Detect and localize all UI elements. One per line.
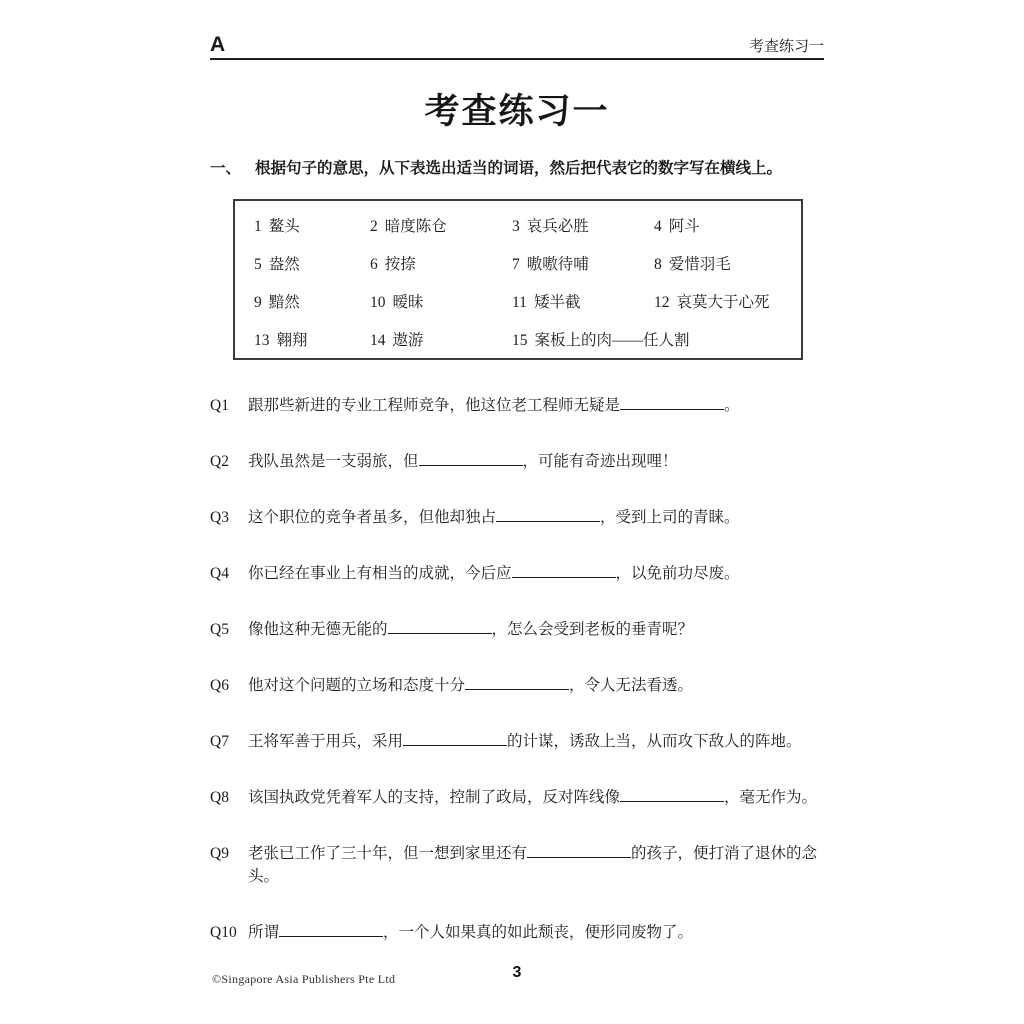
answer-blank bbox=[388, 621, 492, 634]
word-item: 12哀莫大于心死 bbox=[654, 290, 801, 312]
page-title: 考查练习一 bbox=[210, 84, 824, 134]
word-number: 7 bbox=[512, 256, 520, 274]
question-text-post: ，令人无法看透。 bbox=[569, 677, 693, 694]
question-row: Q4 你已经在事业上有相当的成就，今后应，以免前功尽废。 bbox=[210, 562, 850, 585]
word-text: 案板上的肉——任人割 bbox=[535, 332, 690, 349]
question-label: Q8 bbox=[210, 786, 248, 809]
question-label: Q5 bbox=[210, 618, 248, 641]
word-item: 7嗷嗷待哺 bbox=[512, 252, 654, 274]
word-number: 6 bbox=[370, 256, 378, 274]
question-label: Q3 bbox=[210, 506, 248, 529]
question-text-pre: 所谓 bbox=[248, 924, 279, 941]
page-number: 3 bbox=[210, 964, 824, 982]
question-text: 他对这个问题的立场和态度十分，令人无法看透。 bbox=[248, 674, 848, 697]
answer-blank bbox=[403, 733, 507, 746]
word-text: 哀莫大于心死 bbox=[677, 294, 770, 311]
word-number: 5 bbox=[254, 256, 262, 274]
question-text-pre: 他对这个问题的立场和态度十分 bbox=[248, 677, 465, 694]
instruction-text: 根据句子的意思，从下表选出适当的词语，然后把代表它的数字写在横线上。 bbox=[255, 156, 782, 178]
question-text: 我队虽然是一支弱旅，但，可能有奇迹出现哩！ bbox=[248, 450, 848, 473]
word-item: 6按捺 bbox=[370, 252, 512, 274]
question-text-post: ，以免前功尽废。 bbox=[616, 565, 740, 582]
page-header: A 考查练习一 bbox=[210, 30, 824, 60]
word-text: 哀兵必胜 bbox=[527, 218, 589, 235]
word-item: 4阿斗 bbox=[654, 214, 801, 236]
question-text-post: ，受到上司的青睐。 bbox=[600, 509, 740, 526]
word-text: 阿斗 bbox=[669, 218, 700, 235]
word-item: 10暧昧 bbox=[370, 290, 512, 312]
question-row: Q5 像他这种无德无能的，怎么会受到老板的垂青呢？ bbox=[210, 618, 850, 641]
word-number: 1 bbox=[254, 218, 262, 236]
answer-blank bbox=[620, 789, 724, 802]
word-number: 15 bbox=[512, 332, 528, 350]
word-number: 2 bbox=[370, 218, 378, 236]
question-text: 跟那些新进的专业工程师竞争，他这位老工程师无疑是。 bbox=[248, 394, 848, 417]
answer-blank bbox=[512, 565, 616, 578]
question-text-post: 。 bbox=[724, 397, 740, 414]
question-text: 这个职位的竞争者虽多，但他却独占，受到上司的青睐。 bbox=[248, 506, 848, 529]
answer-blank bbox=[527, 845, 631, 858]
question-text: 该国执政党凭着军人的支持，控制了政局，反对阵线像，毫无作为。 bbox=[248, 786, 848, 809]
word-text: 黯然 bbox=[269, 294, 300, 311]
word-item: 2暗度陈仓 bbox=[370, 214, 512, 236]
question-text-pre: 该国执政党凭着军人的支持，控制了政局，反对阵线像 bbox=[248, 789, 620, 806]
question-text-post: ，一个人如果真的如此颓丧，便形同废物了。 bbox=[383, 924, 693, 941]
word-text: 鳌头 bbox=[269, 218, 300, 235]
instruction-number: 一、 bbox=[210, 156, 241, 178]
question-text-pre: 跟那些新进的专业工程师竞争，他这位老工程师无疑是 bbox=[248, 397, 620, 414]
question-text-pre: 我队虽然是一支弱旅，但 bbox=[248, 453, 419, 470]
answer-blank bbox=[419, 453, 523, 466]
question-label: Q10 bbox=[210, 921, 248, 944]
answer-blank bbox=[620, 397, 724, 410]
word-text: 嗷嗷待哺 bbox=[527, 256, 589, 273]
word-text: 遨游 bbox=[393, 332, 424, 349]
question-label: Q9 bbox=[210, 842, 248, 888]
question-text: 像他这种无德无能的，怎么会受到老板的垂青呢？ bbox=[248, 618, 848, 641]
question-row: Q9 老张已工作了三十年，但一想到家里还有的孩子，便打消了退休的念头。 bbox=[210, 842, 850, 888]
answer-blank bbox=[496, 509, 600, 522]
word-item: 13翱翔 bbox=[254, 328, 370, 350]
word-bank: 1鳌头 2暗度陈仓 3哀兵必胜 4阿斗 5盎然 6按捺 7嗷嗷待哺 8爱惜羽毛 … bbox=[233, 199, 803, 360]
word-number: 3 bbox=[512, 218, 520, 236]
question-text-pre: 你已经在事业上有相当的成就，今后应 bbox=[248, 565, 512, 582]
word-text: 爱惜羽毛 bbox=[669, 256, 731, 273]
answer-blank bbox=[279, 924, 383, 937]
word-number: 14 bbox=[370, 332, 386, 350]
question-text-post: ，毫无作为。 bbox=[724, 789, 817, 806]
question-text-post: ，可能有奇迹出现哩！ bbox=[523, 453, 678, 470]
question-label: Q1 bbox=[210, 394, 248, 417]
question-text-pre: 王将军善于用兵，采用 bbox=[248, 733, 403, 750]
word-number: 11 bbox=[512, 294, 527, 312]
word-text: 盎然 bbox=[269, 256, 300, 273]
word-number: 13 bbox=[254, 332, 270, 350]
word-item: 8爱惜羽毛 bbox=[654, 252, 801, 274]
question-text-pre: 老张已工作了三十年，但一想到家里还有 bbox=[248, 845, 527, 862]
word-number: 10 bbox=[370, 294, 386, 312]
question-row: Q6 他对这个问题的立场和态度十分，令人无法看透。 bbox=[210, 674, 850, 697]
word-item: 14遨游 bbox=[370, 328, 512, 350]
word-number: 4 bbox=[654, 218, 662, 236]
question-text: 所谓，一个人如果真的如此颓丧，便形同废物了。 bbox=[248, 921, 848, 944]
question-text: 你已经在事业上有相当的成就，今后应，以免前功尽废。 bbox=[248, 562, 848, 585]
running-title: 考查练习一 bbox=[749, 40, 824, 55]
question-row: Q10 所谓，一个人如果真的如此颓丧，便形同废物了。 bbox=[210, 921, 850, 944]
word-item: 9黯然 bbox=[254, 290, 370, 312]
word-text: 暗度陈仓 bbox=[385, 218, 447, 235]
question-label: Q6 bbox=[210, 674, 248, 697]
word-text: 翱翔 bbox=[277, 332, 308, 349]
question-text: 老张已工作了三十年，但一想到家里还有的孩子，便打消了退休的念头。 bbox=[248, 842, 848, 888]
word-text: 暧昧 bbox=[393, 294, 424, 311]
answer-blank bbox=[465, 677, 569, 690]
word-item: 11矮半截 bbox=[512, 290, 654, 312]
question-row: Q7 王将军善于用兵，采用的计谋，诱敌上当，从而攻下敌人的阵地。 bbox=[210, 730, 850, 753]
worksheet-page: A 考查练习一 考查练习一 一、 根据句子的意思，从下表选出适当的词语，然后把代… bbox=[0, 0, 1024, 1024]
word-number: 12 bbox=[654, 294, 670, 312]
question-row: Q1 跟那些新进的专业工程师竞争，他这位老工程师无疑是。 bbox=[210, 394, 850, 417]
word-text: 按捺 bbox=[385, 256, 416, 273]
word-text: 矮半截 bbox=[534, 294, 581, 311]
question-row: Q8 该国执政党凭着军人的支持，控制了政局，反对阵线像，毫无作为。 bbox=[210, 786, 850, 809]
question-text: 王将军善于用兵，采用的计谋，诱敌上当，从而攻下敌人的阵地。 bbox=[248, 730, 848, 753]
word-number: 9 bbox=[254, 294, 262, 312]
question-text-pre: 像他这种无德无能的 bbox=[248, 621, 388, 638]
question-label: Q2 bbox=[210, 450, 248, 473]
question-text-pre: 这个职位的竞争者虽多，但他却独占 bbox=[248, 509, 496, 526]
question-text-post: 的计谋，诱敌上当，从而攻下敌人的阵地。 bbox=[507, 733, 802, 750]
instruction: 一、 根据句子的意思，从下表选出适当的词语，然后把代表它的数字写在横线上。 bbox=[210, 156, 850, 178]
question-row: Q2 我队虽然是一支弱旅，但，可能有奇迹出现哩！ bbox=[210, 450, 850, 473]
word-number: 8 bbox=[654, 256, 662, 274]
question-label: Q4 bbox=[210, 562, 248, 585]
word-item: 1鳌头 bbox=[254, 214, 370, 236]
word-item: 5盎然 bbox=[254, 252, 370, 274]
question-label: Q7 bbox=[210, 730, 248, 753]
question-row: Q3 这个职位的竞争者虽多，但他却独占，受到上司的青睐。 bbox=[210, 506, 850, 529]
section-label: A bbox=[210, 34, 225, 55]
word-item: 15案板上的肉——任人割 bbox=[512, 328, 801, 350]
question-text-post: ，怎么会受到老板的垂青呢？ bbox=[492, 621, 694, 638]
question-list: Q1 跟那些新进的专业工程师竞争，他这位老工程师无疑是。 Q2 我队虽然是一支弱… bbox=[210, 394, 850, 977]
word-item: 3哀兵必胜 bbox=[512, 214, 654, 236]
